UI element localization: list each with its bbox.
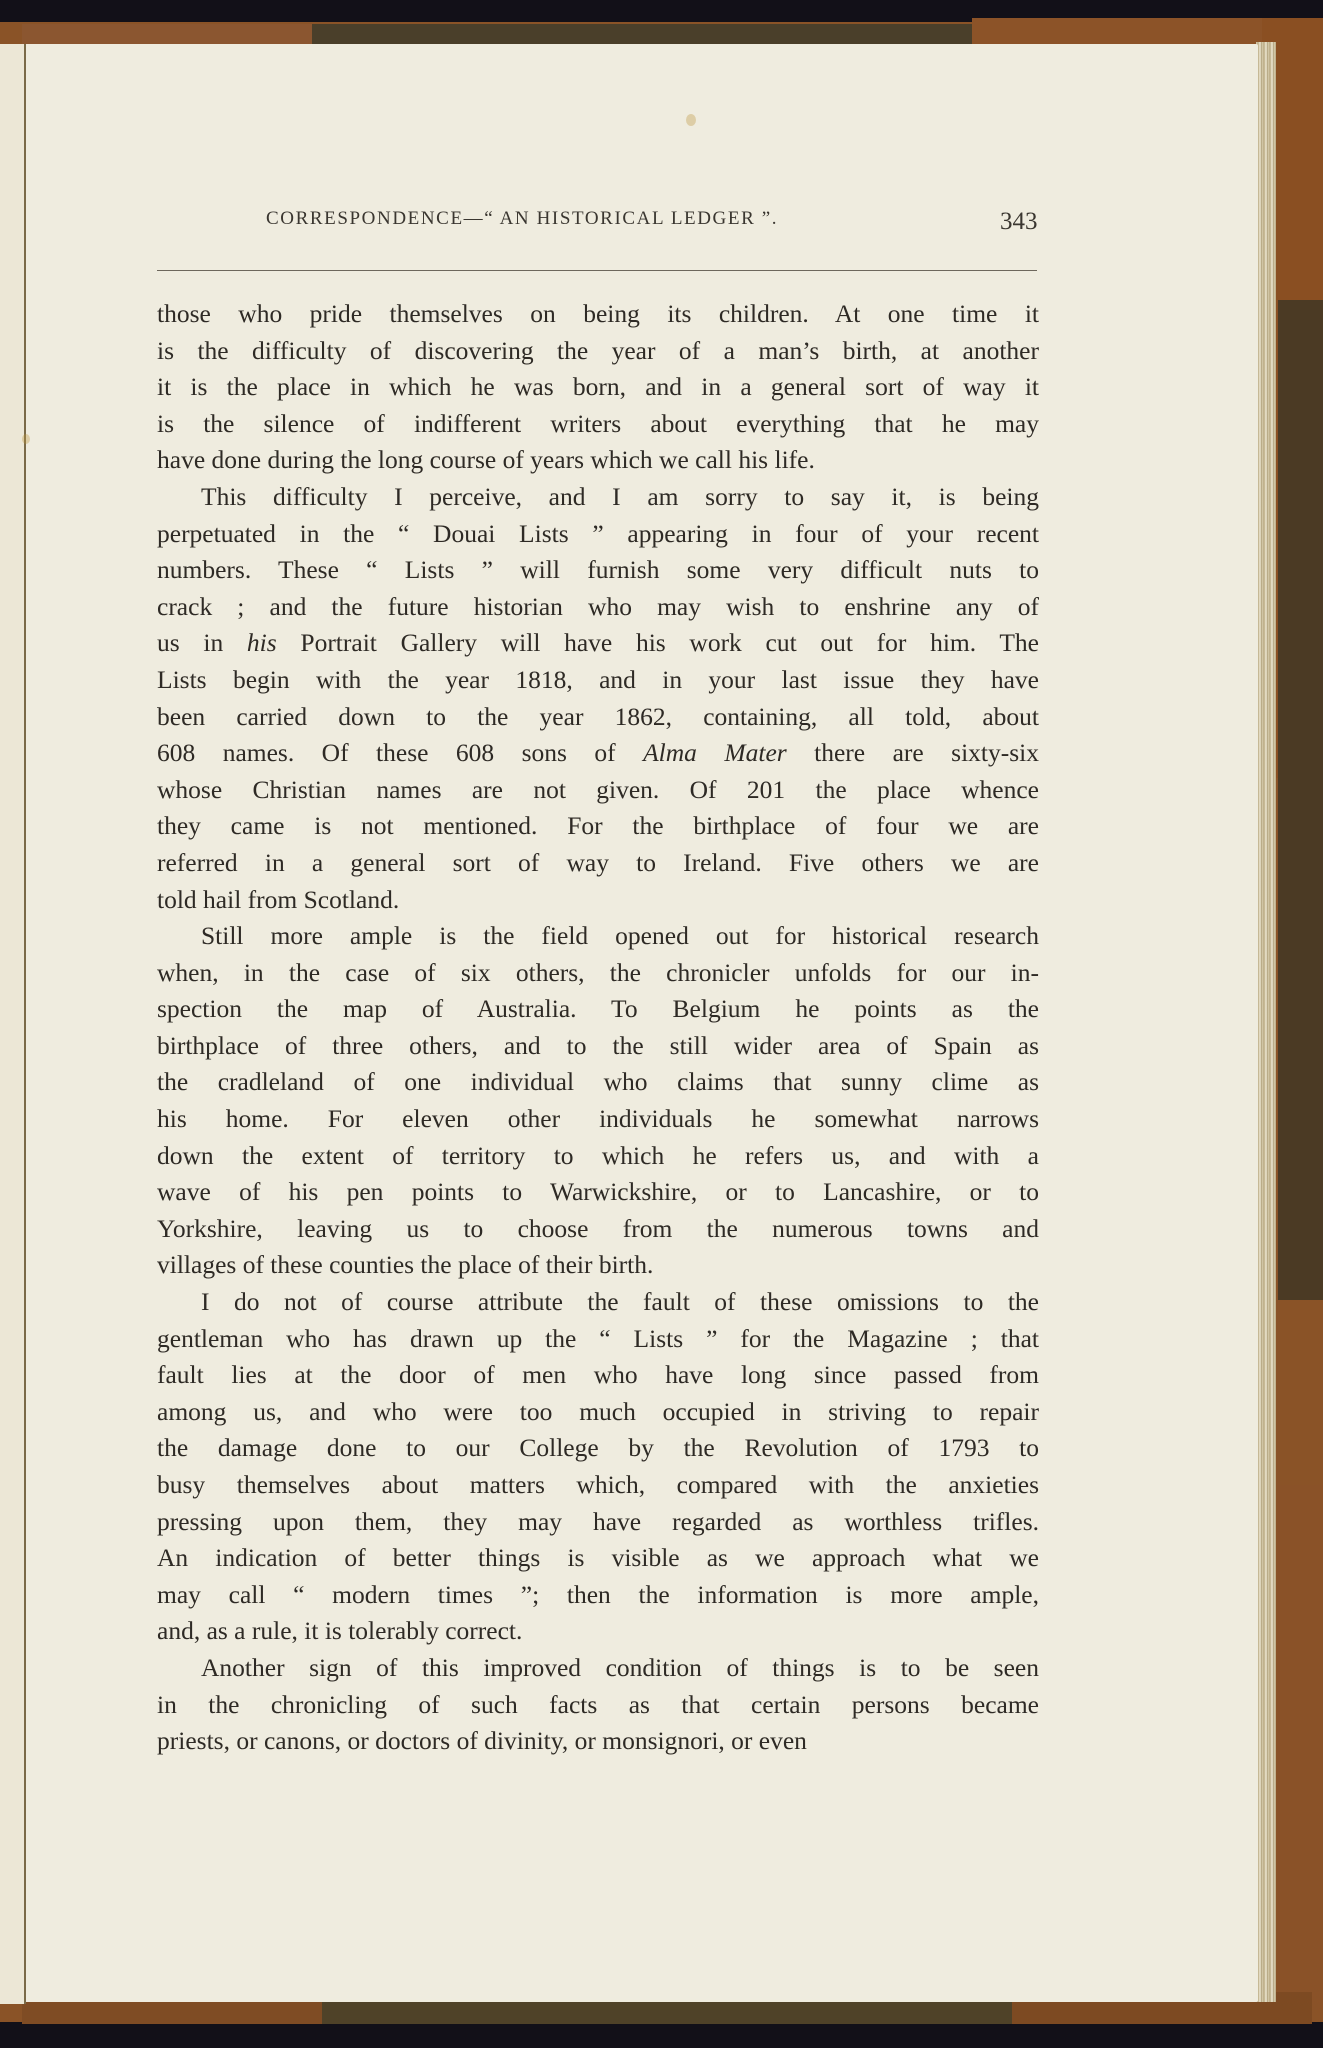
text-line: birthplace of three others, and to the s… [157, 1028, 1039, 1065]
text-line: those who pride themselves on being its … [157, 296, 1039, 333]
text-line: have done during the long course of year… [157, 442, 1039, 479]
text-line: spection the map of Australia. To Belgiu… [157, 991, 1039, 1028]
text-line: whose Christian names are not given. Of … [157, 772, 1039, 809]
paragraph: those who pride themselves on being its … [157, 296, 1039, 479]
text-line: pressing upon them, they may have regard… [157, 1504, 1039, 1541]
text-line: Still more ample is the field opened out… [157, 918, 1039, 955]
text-line: may call “ modern times ”; then the info… [157, 1577, 1039, 1614]
text-line: Yorkshire, leaving us to choose from the… [157, 1211, 1039, 1248]
header-rule [157, 270, 1037, 271]
text-line: busy themselves about matters which, com… [157, 1467, 1039, 1504]
text-line: in the chronicling of such facts as that… [157, 1687, 1039, 1724]
text-line: is the difficulty of discovering the yea… [157, 333, 1039, 370]
text-line: they came is not mentioned. For the birt… [157, 808, 1039, 845]
paragraph: Another sign of this improved condition … [157, 1650, 1039, 1760]
text-line: his home. For eleven other individuals h… [157, 1101, 1039, 1138]
text-line: is the silence of indifferent writers ab… [157, 406, 1039, 443]
text-line: us in his Portrait Gallery will have his… [157, 625, 1039, 662]
paragraph: Still more ample is the field opened out… [157, 918, 1039, 1284]
text-line: I do not of course attribute the fault o… [157, 1284, 1039, 1321]
text-line: told hail from Scotland. [157, 882, 1039, 919]
text-line: when, in the case of six others, the chr… [157, 955, 1039, 992]
body-text: those who pride themselves on being its … [157, 296, 1039, 1760]
text-line: priests, or canons, or doctors of divini… [157, 1723, 1039, 1760]
left-facing-page-edge [0, 44, 26, 2004]
italic-text: his [247, 628, 277, 657]
text-line: Lists begin with the year 1818, and in y… [157, 662, 1039, 699]
paragraph: I do not of course attribute the fault o… [157, 1284, 1039, 1650]
text-line: and, as a rule, it is tolerably correct. [157, 1613, 1039, 1650]
text-line: crack ; and the future historian who may… [157, 589, 1039, 626]
text-line: down the extent of territory to which he… [157, 1138, 1039, 1175]
text-line: been carried down to the year 1862, cont… [157, 699, 1039, 736]
text-line: among us, and who were too much occupied… [157, 1394, 1039, 1431]
text-line: the cradleland of one individual who cla… [157, 1064, 1039, 1101]
page-number: 343 [1000, 208, 1038, 236]
text-line: it is the place in which he was born, an… [157, 369, 1039, 406]
paragraph: This difficulty I perceive, and I am sor… [157, 479, 1039, 918]
text-line: perpetuated in the “ Douai Lists ” appea… [157, 516, 1039, 553]
text-line: referred in a general sort of way to Ire… [157, 845, 1039, 882]
text-line: numbers. These “ Lists ” will furnish so… [157, 552, 1039, 589]
text-line: fault lies at the door of men who have l… [157, 1357, 1039, 1394]
text-line: gentleman who has drawn up the “ Lists ”… [157, 1321, 1039, 1358]
italic-text: Alma Mater [643, 738, 787, 767]
cover-right-cloth [1278, 300, 1323, 1300]
cover-right-leather-bottom [1278, 1485, 1323, 2010]
running-head: CORRESPONDENCE—“ AN HISTORICAL LEDGER ”. [266, 208, 1036, 230]
text-line: 608 names. Of these 608 sons of Alma Mat… [157, 735, 1039, 772]
text-line: wave of his pen points to Warwickshire, … [157, 1174, 1039, 1211]
text-line: Another sign of this improved condition … [157, 1650, 1039, 1687]
foxing-stain [22, 434, 30, 444]
text-line: An indication of better things is visibl… [157, 1540, 1039, 1577]
page-stack-edges [1256, 42, 1276, 2002]
text-line: villages of these counties the place of … [157, 1247, 1039, 1284]
text-line: This difficulty I perceive, and I am sor… [157, 479, 1039, 516]
text-line: the damage done to our College by the Re… [157, 1430, 1039, 1467]
foxing-stain [686, 114, 696, 126]
